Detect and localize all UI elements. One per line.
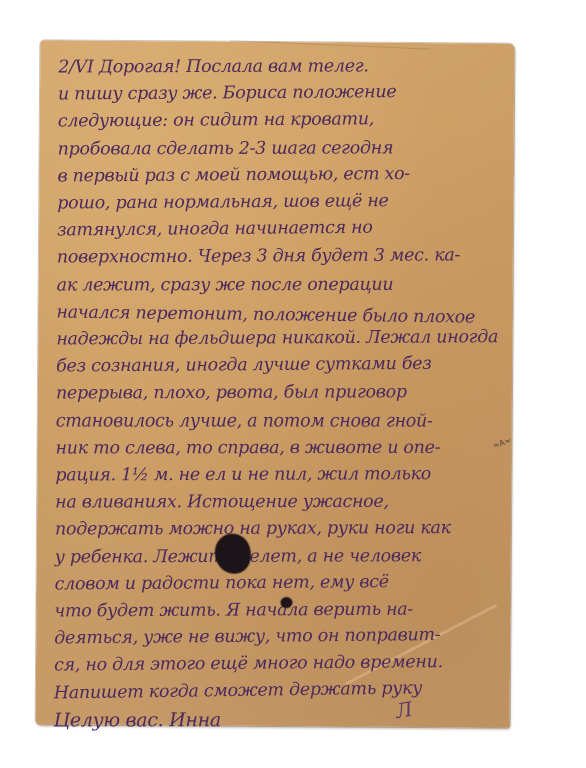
- handwritten-letter: 2/VI Дорогая! Послала вам телег. и пишу …: [54, 54, 509, 737]
- letter-line-17: на вливаниях. Истощение ужасное,: [55, 489, 505, 517]
- letter-line-3: следующие: он сидит на кровати,: [58, 106, 508, 136]
- letter-closing: Целую вас. Инна: [54, 707, 504, 735]
- letter-line-13: перерыва, плохо, рвота, был приговор: [56, 379, 506, 408]
- letter-line-12: без сознания, иногда лучше сутками без: [56, 351, 506, 381]
- letter-line-7: затянулся, иногда начинается но: [57, 214, 507, 245]
- letter-line-4: пробовала сделать 2-3 шага сегодня: [58, 135, 508, 164]
- ink-blot: [215, 534, 251, 574]
- letter-line-15: ник то слева, то справа, в животе и опе-: [56, 435, 506, 463]
- ink-blot: [233, 554, 247, 570]
- ink-blot: [280, 597, 292, 608]
- letter-line-8: поверхностно. Через 3 дня будет 3 мес. к…: [57, 243, 507, 273]
- letter-line-19: у ребенка. Лежит скелет, а не человек: [55, 543, 505, 572]
- letter-line-16: рация. 1½ м. не ел и не пил, жил только: [55, 461, 505, 490]
- letter-line-20: словом и радости пока нет, ему всё: [54, 568, 504, 598]
- letter-line-2: и пишу сразу же. Бориса положение: [58, 79, 508, 109]
- signature-mark: Л: [394, 697, 414, 723]
- letter-line-18: подержать можно на руках, руки ноги как: [55, 515, 505, 544]
- letter-line-11: надежды на фельдшера никакой. Лежал иног…: [56, 324, 506, 354]
- letter-line-24: Напишет когда сможет держать руку: [54, 674, 504, 707]
- letter-line-1: 2/VI Дорогая! Послала вам телег.: [58, 53, 508, 82]
- paper-crease: [230, 40, 430, 49]
- letter-line-5: в первый раз с моей помощью, ест хо-: [57, 160, 507, 190]
- postcard: 2/VI Дорогая! Послала вам телег. и пишу …: [36, 40, 515, 727]
- letter-line-9: ак лежит, сразу же после операции: [57, 271, 507, 299]
- letter-line-14: становилось лучше, а потом снова гной-: [56, 408, 506, 435]
